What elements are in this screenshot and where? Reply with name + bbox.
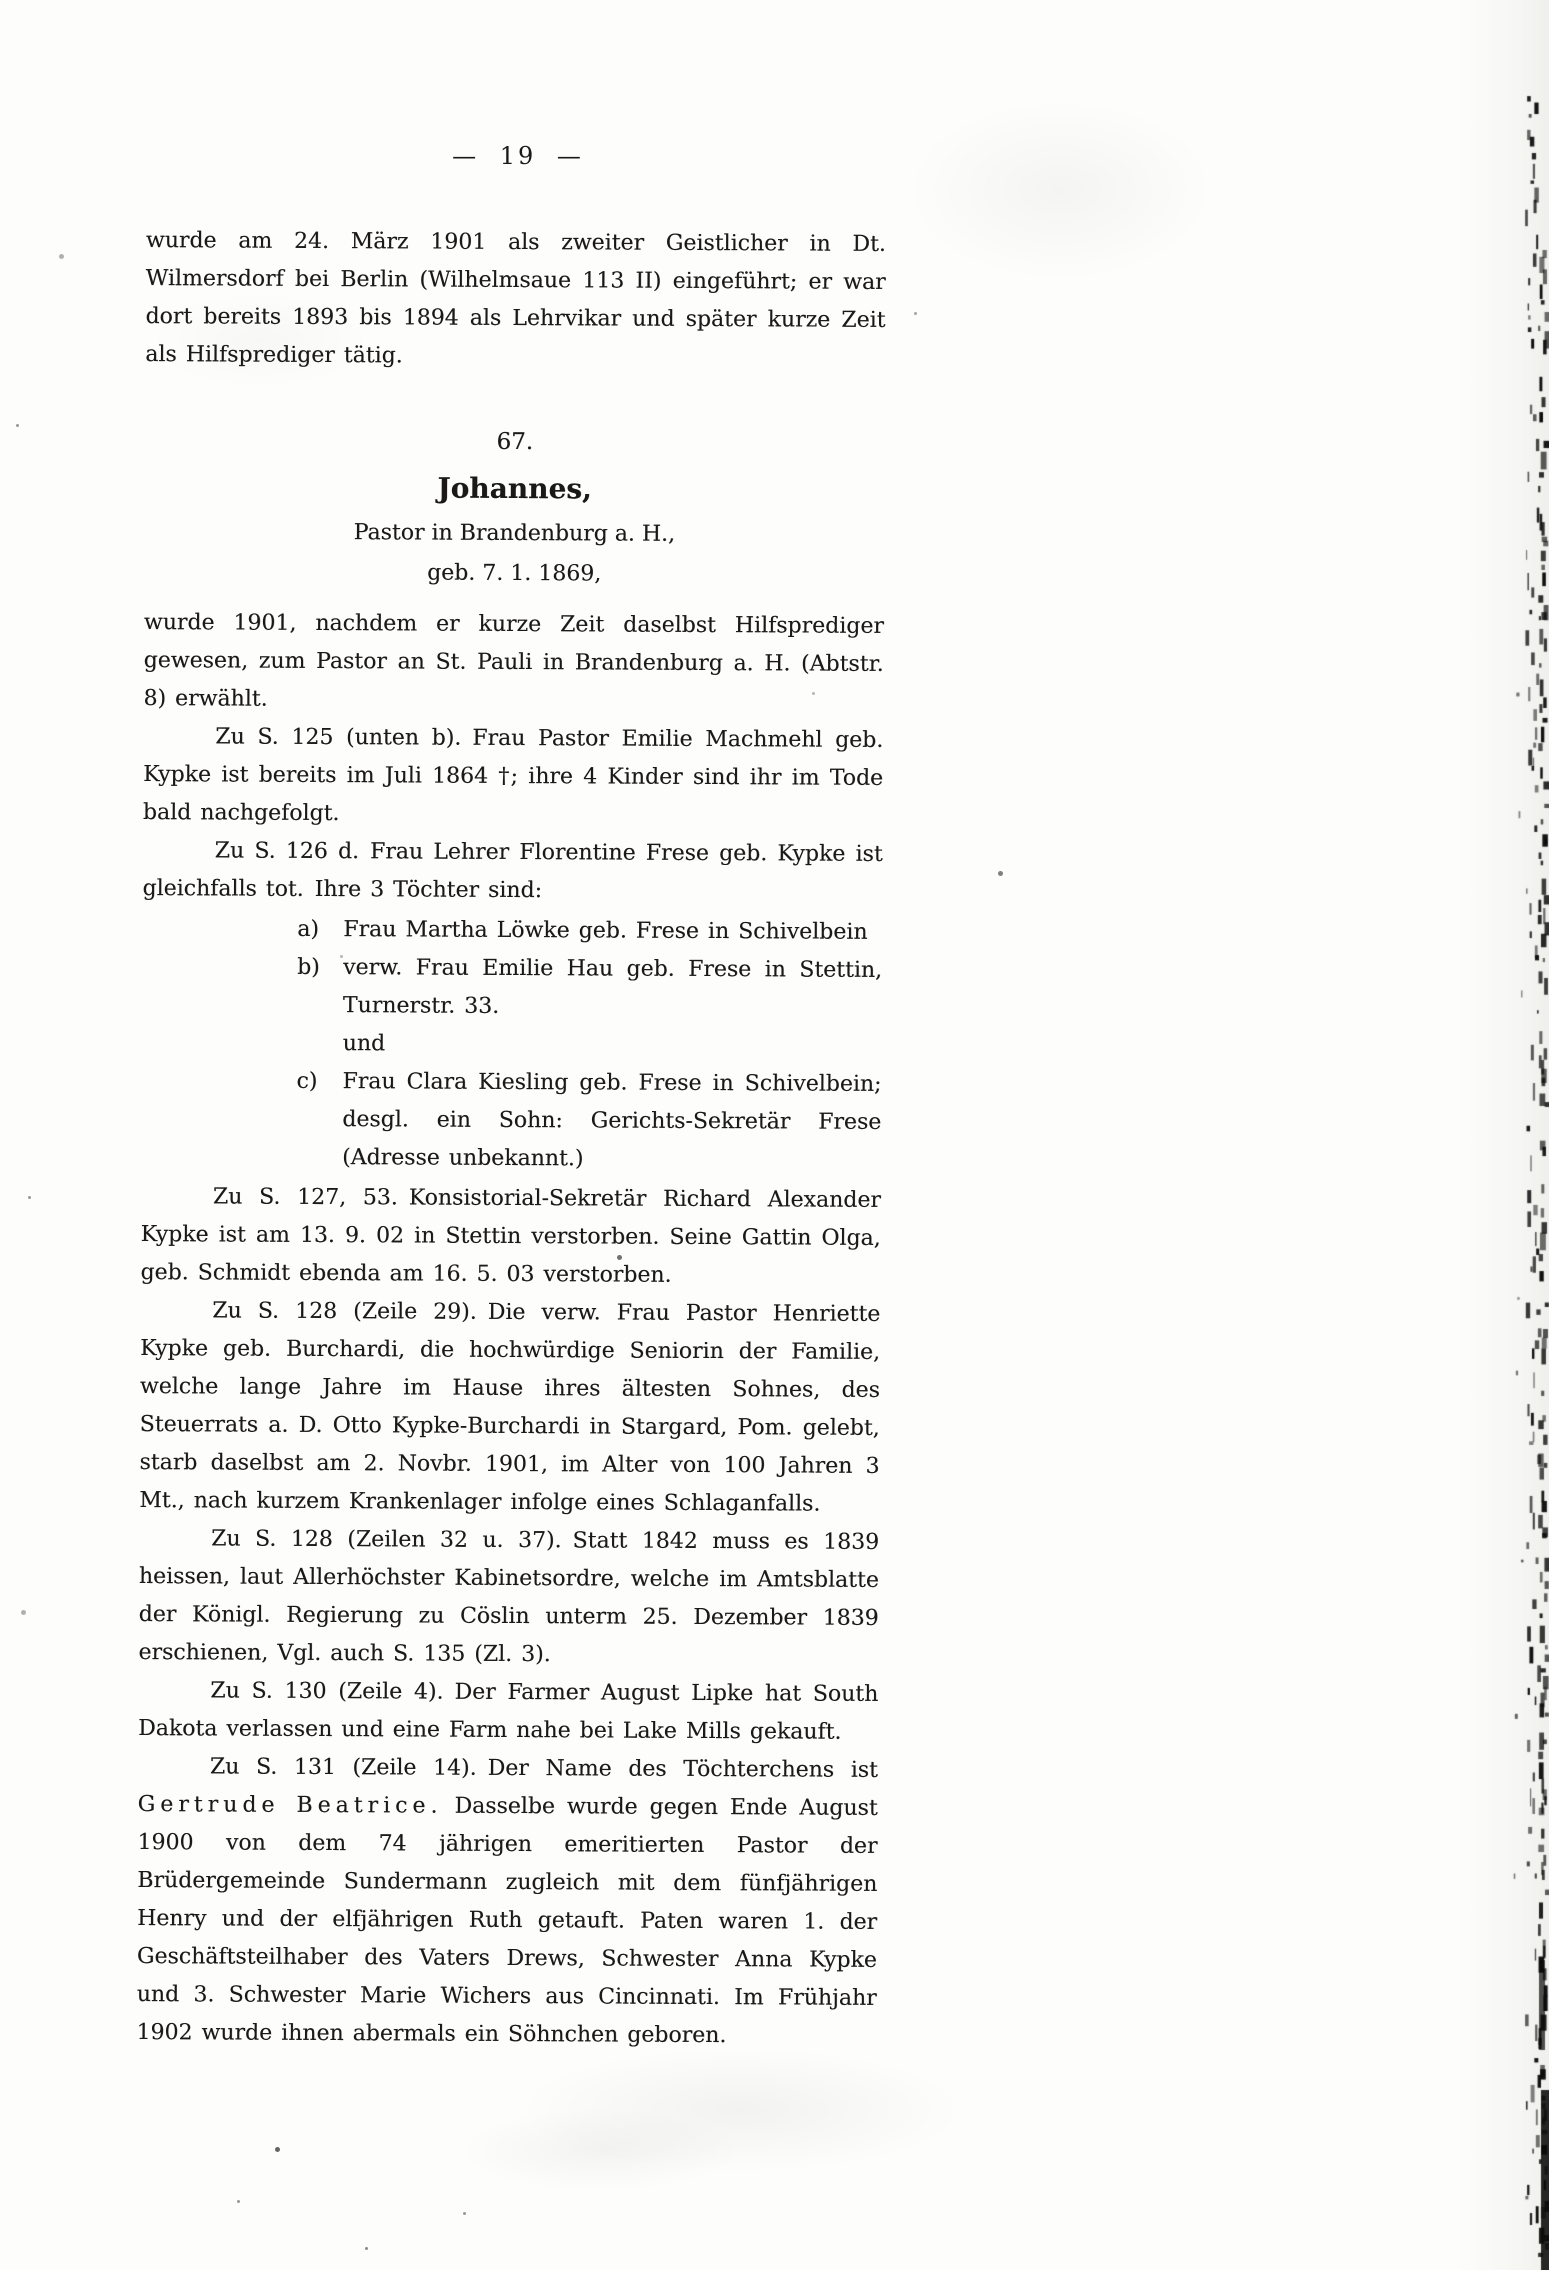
scan-edge-noise xyxy=(1501,0,1549,2270)
text-segment: wurde am 24. März 1901 als zweiter Geist… xyxy=(145,228,886,368)
lettered-list: a)Frau Martha Löwke geb. Frese in Schive… xyxy=(296,911,882,1180)
paragraph: Zu S. 126 d. Frau Lehrer Florentine Fres… xyxy=(142,832,882,912)
list-item-label: b) xyxy=(297,949,343,987)
paragraph: Zu S. 128 (Zeile 29). Die verw. Frau Pas… xyxy=(139,1292,880,1524)
paragraph: Zu S. 131 (Zeile 14). Der Name des Töcht… xyxy=(136,1748,878,2056)
list-item: a)Frau Martha Löwke geb. Frese in Schive… xyxy=(297,911,882,952)
page-number: — 19 — xyxy=(148,142,888,170)
list-item-text: Frau Clara Kiesling geb. Frese in Schive… xyxy=(342,1069,882,1171)
text-segment: wurde 1901, nachdem er kurze Zeit daselb… xyxy=(143,610,884,712)
list-item-label: a) xyxy=(297,911,343,949)
paragraph: wurde 1901, nachdem er kurze Zeit daselb… xyxy=(143,604,884,722)
list-item-label: c) xyxy=(296,1063,342,1101)
text-segment: Zu S. 126 d. Frau Lehrer Florentine Fres… xyxy=(142,838,882,903)
list-item: b)verw. Frau Emilie Hau geb. Frese in St… xyxy=(297,949,883,1066)
paragraph: Zu S. 128 (Zeilen 32 u. 37). Statt 1842 … xyxy=(138,1520,879,1676)
list-item-text: verw. Frau Emilie Hau geb. Frese in Stet… xyxy=(343,955,883,1056)
text-segment: Dasselbe wurde gegen Ende August 1900 vo… xyxy=(136,1794,877,2048)
heading-number: 67. xyxy=(145,418,885,466)
text-segment: Zu S. 127, 53. Konsistorial-Sekretär Ric… xyxy=(140,1184,881,1287)
text-segment: Zu S. 125 (unten b). Frau Pastor Emilie … xyxy=(143,724,884,826)
text-segment: Zu S. 130 (Zeile 4). Der Farmer August L… xyxy=(138,1678,878,1744)
text-segment: Zu S. 131 (Zeile 14). Der Name des Töcht… xyxy=(210,1754,878,1782)
heading-name: Johannes, xyxy=(144,462,884,516)
text-segment: Zu S. 128 (Zeile 29). Die verw. Frau Pas… xyxy=(139,1298,880,1516)
paragraph: Zu S. 127, 53. Konsistorial-Sekretär Ric… xyxy=(140,1178,881,1296)
text-block: wurde am 24. März 1901 als zweiter Geist… xyxy=(136,222,886,2056)
paragraph: Zu S. 130 (Zeile 4). Der Farmer August L… xyxy=(138,1672,878,1752)
text-segment: Zu S. 128 (Zeilen 32 u. 37). Statt 1842 … xyxy=(138,1526,879,1667)
list-item: c)Frau Clara Kiesling geb. Frese in Schi… xyxy=(296,1063,882,1180)
paragraph: wurde am 24. März 1901 als zweiter Geist… xyxy=(145,222,886,378)
emphasized-name: Gertrude Beatrice. xyxy=(138,1792,443,1819)
scanned-page: — 19 — wurde am 24. März 1901 als zweite… xyxy=(0,0,1549,2270)
scan-specks xyxy=(0,0,3,3)
paragraph: Zu S. 125 (unten b). Frau Pastor Emilie … xyxy=(143,718,884,836)
heading-subtitle: Pastor in Brandenburg a. H., xyxy=(144,512,884,556)
heading-subtitle: geb. 7. 1. 1869, xyxy=(144,552,884,596)
section-heading: 67.Johannes,Pastor in Brandenburg a. H.,… xyxy=(144,418,885,596)
list-item-text: Frau Martha Löwke geb. Frese in Schivelb… xyxy=(343,917,867,945)
